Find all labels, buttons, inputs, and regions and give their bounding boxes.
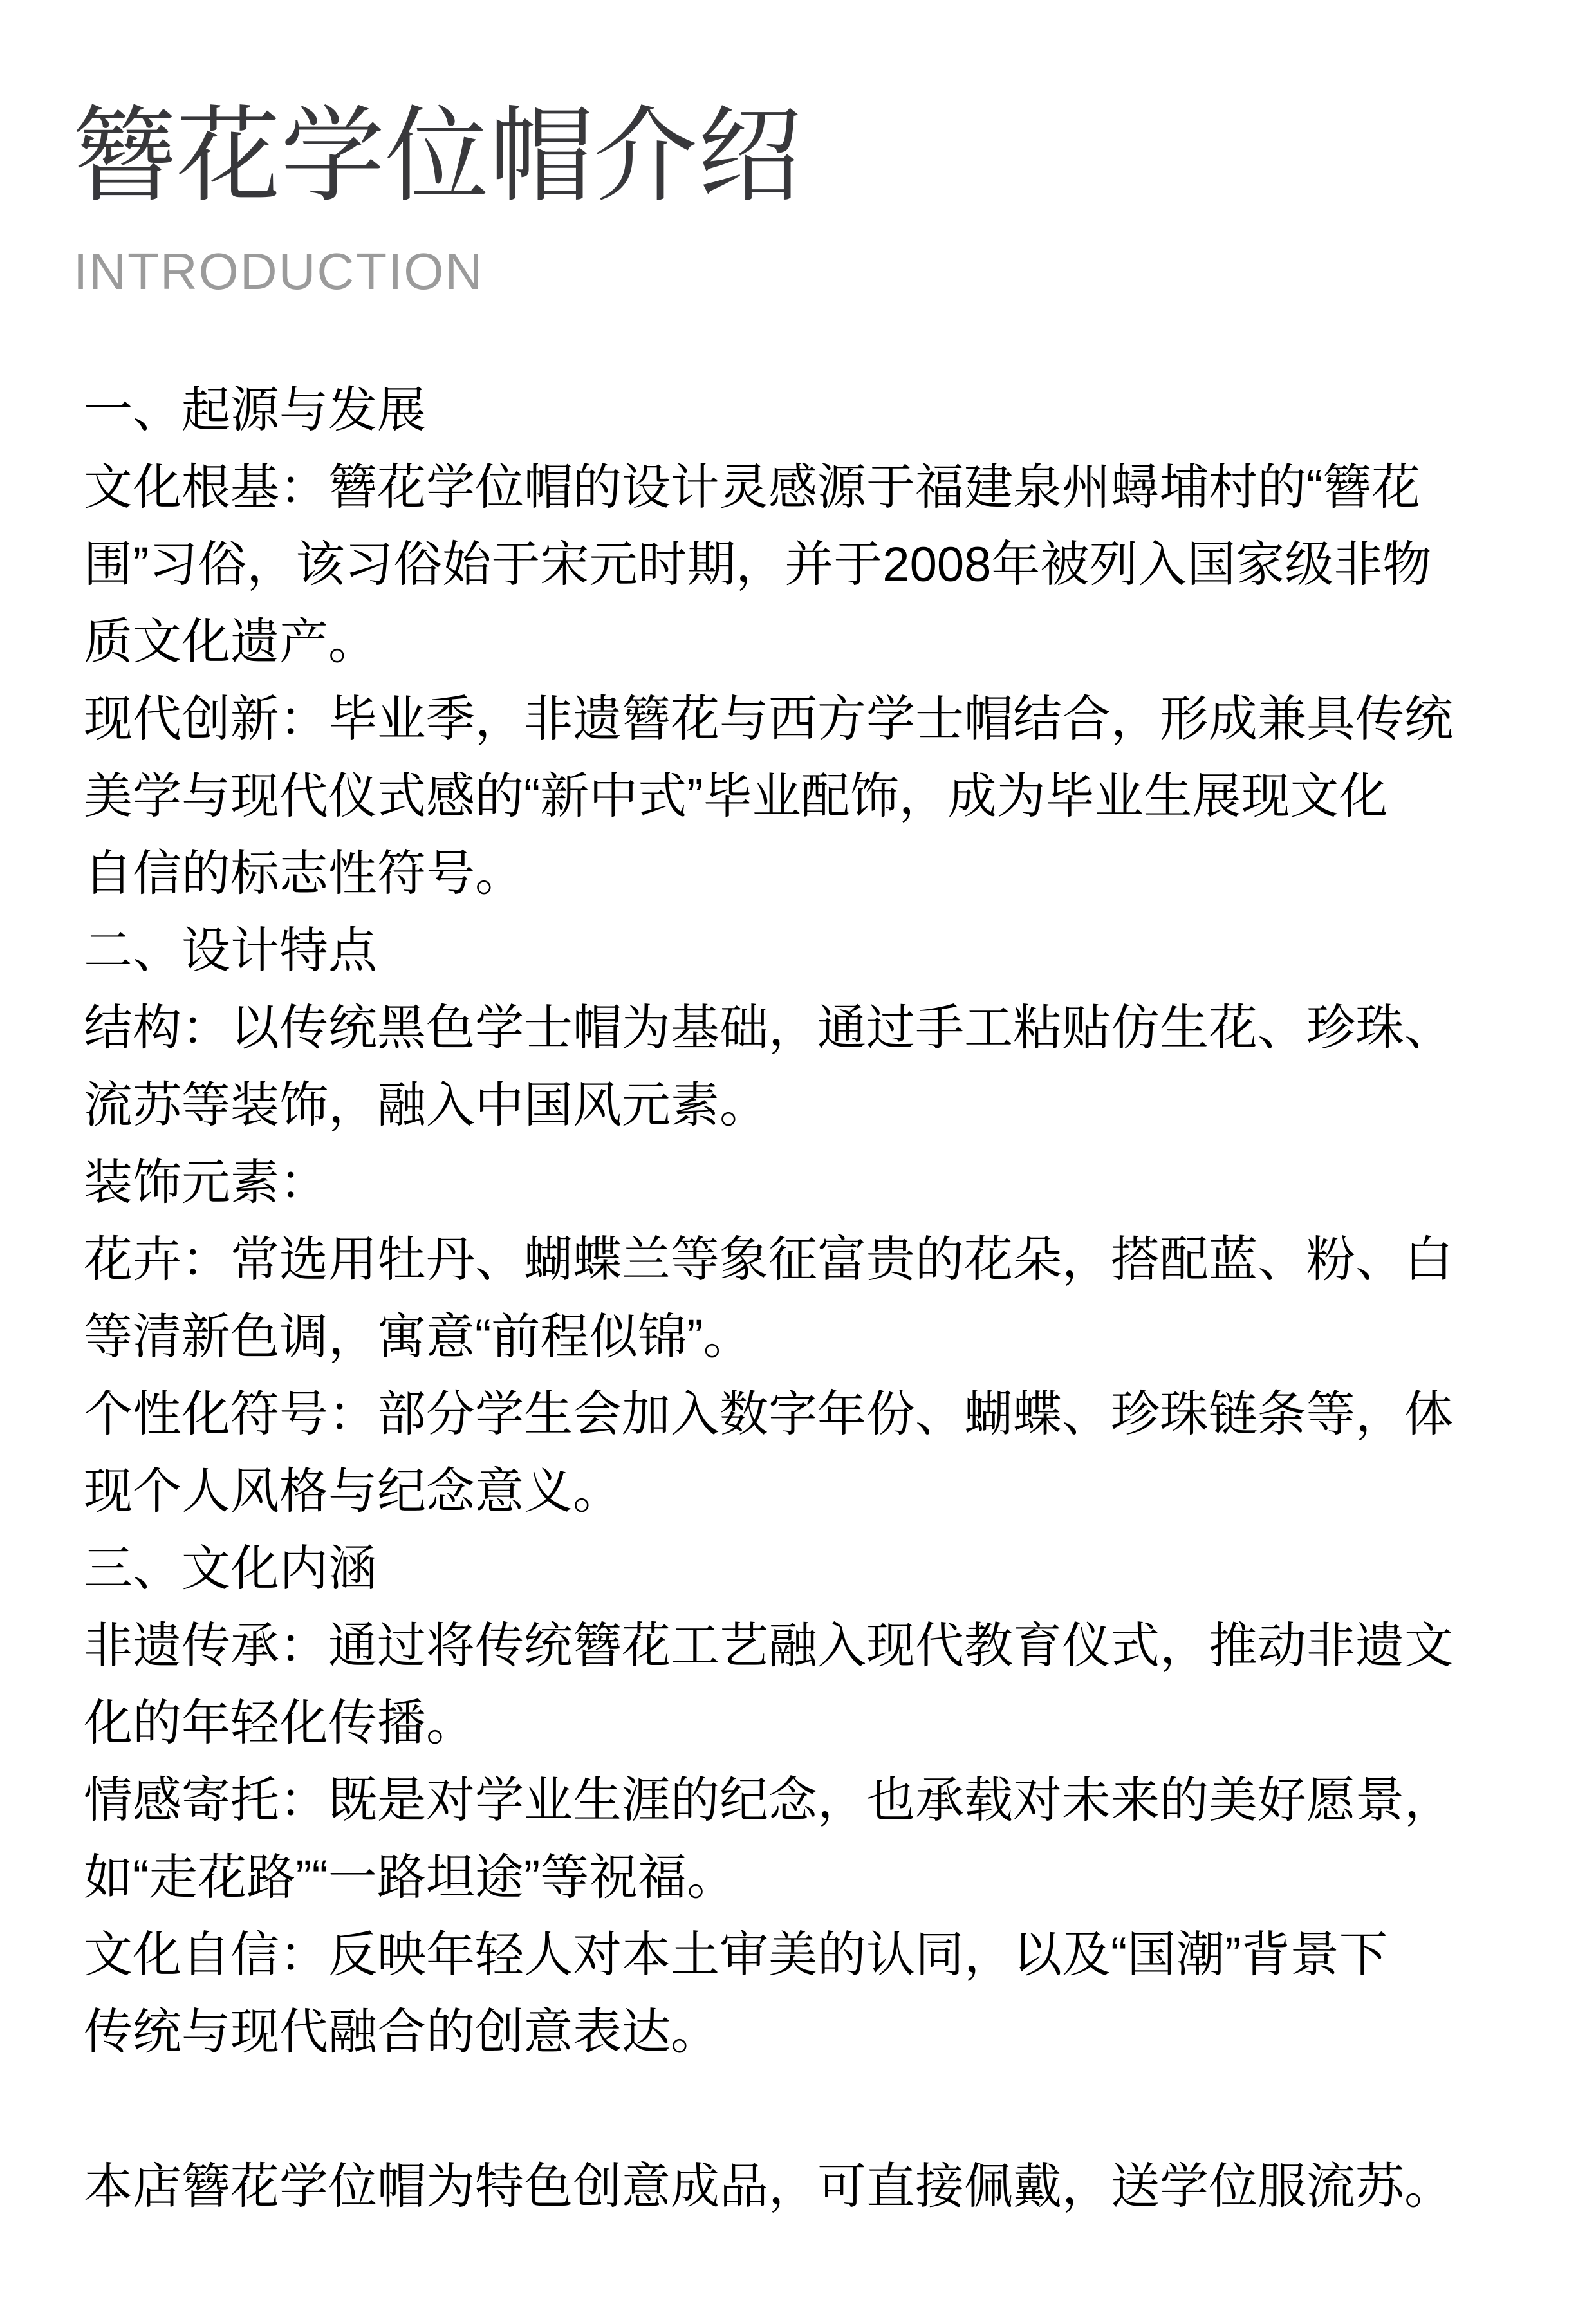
document-body: 一、起源与发展 文化根基：簪花学位帽的设计灵感源于福建泉州蟳埔村的“簪花 围”习… <box>0 297 1596 2226</box>
para-emotional-attachment: 情感寄托：既是对学业生涯的纪念，也承载对未来的美好愿景， 如“走花路”“一路坦途… <box>84 1762 1520 1917</box>
para-heritage-transmission: 非遗传承：通过将传统簪花工艺融入现代教育仪式，推动非遗文 化的年轻化传播。 <box>84 1608 1520 1762</box>
para-structure: 结构：以传统黑色学士帽为基础，通过手工粘贴仿生花、珍珠、 流苏等装饰，融入中国风… <box>84 990 1520 1144</box>
heading-origin-development: 一、起源与发展 <box>84 372 1520 449</box>
heading-cultural-connotation: 三、文化内涵 <box>84 1531 1520 1608</box>
para-shop-note: 本店簪花学位帽为特色创意成品，可直接佩戴，送学位服流苏。 <box>84 2148 1520 2226</box>
para-modern-innovation: 现代创新：毕业季，非遗簪花与西方学士帽结合，形成兼具传统 美学与现代仪式感的“新… <box>84 681 1520 913</box>
para-cultural-confidence: 文化自信：反映年轻人对本土审美的认同，以及“国潮”背景下 传统与现代融合的创意表… <box>84 1917 1520 2071</box>
para-flowers: 花卉：常选用牡丹、蝴蝶兰等象征富贵的花朵，搭配蓝、粉、白 等清新色调，寓意“前程… <box>84 1222 1520 1376</box>
para-decorative-elements-label: 装饰元素： <box>84 1144 1520 1222</box>
heading-design-features: 二、设计特点 <box>84 913 1520 990</box>
para-personalized-symbols: 个性化符号：部分学生会加入数字年份、蝴蝶、珍珠链条等，体 现个人风格与纪念意义。 <box>84 1376 1520 1531</box>
page-title: 簪花学位帽介绍 <box>0 0 1596 216</box>
para-cultural-roots: 文化根基：簪花学位帽的设计灵感源于福建泉州蟳埔村的“簪花 围”习俗，该习俗始于宋… <box>84 449 1520 681</box>
product-description-page: 簪花学位帽介绍 INTRODUCTION 一、起源与发展 文化根基：簪花学位帽的… <box>0 0 1596 2317</box>
page-subtitle: INTRODUCTION <box>0 216 1596 297</box>
